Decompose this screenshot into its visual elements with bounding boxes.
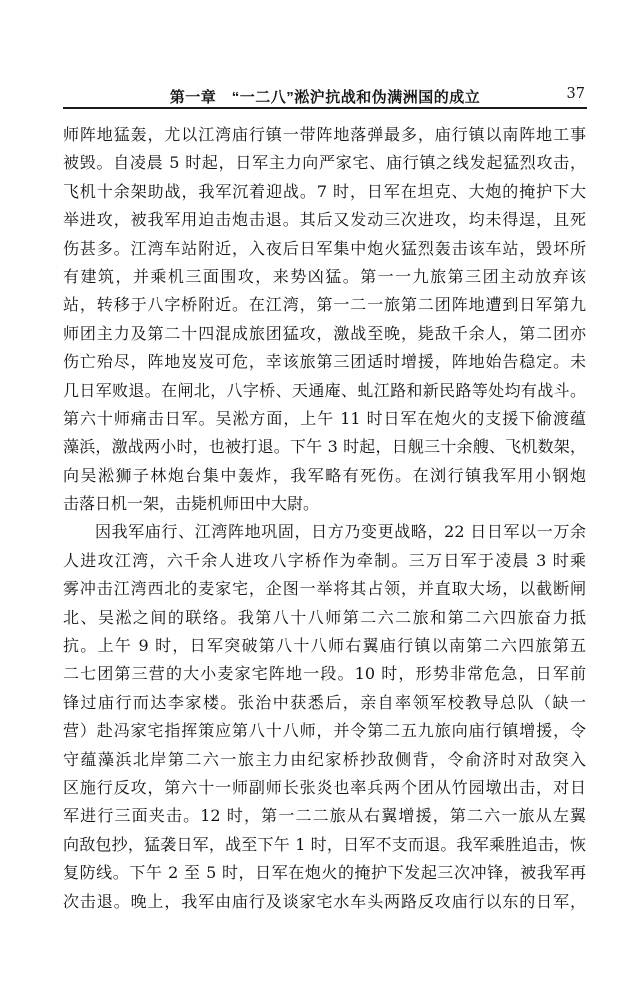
paragraph-2: 因我军庙行、江湾阵地巩固，日方乃变更战略，22 日日军以一万余 人进攻江湾，六千…	[63, 518, 586, 915]
text-line: 第六十师痛击日军。吴淞方面，上午 11 时日军在炮火的支援下偷渡蕴	[63, 405, 586, 433]
text-line: 军进行三面夹击。12 时，第一二二旅从右翼增援，第二六一旅从左翼	[63, 802, 586, 830]
header-divider	[63, 107, 587, 109]
text-line: 伤甚多。江湾车站附近，入夜后日军集中炮火猛烈轰击该车站，毁坏所	[63, 235, 586, 263]
text-line: 次击退。晚上，我军由庙行及谈家宅水车头两路反攻庙行以东的日军，	[63, 888, 586, 916]
text-line: 北、吴淞之间的联络。我第八十八师第二六二旅和第二六四旅奋力抵	[63, 604, 586, 632]
page-header: 第一章 “一二八”淞沪抗战和伪满洲国的成立 37	[63, 86, 587, 106]
text-line: 营）赴冯家宅指挥策应第八十八师，并令第二五九旅向庙行镇增援，令	[63, 717, 586, 745]
text-line: 复防线。下午 2 至 5 时，日军在炮火的掩护下发起三次冲锋，被我军再	[63, 859, 586, 887]
text-line: 人进攻江湾，六千余人进攻八字桥作为牵制。三万日军于凌晨 3 时乘	[63, 547, 586, 575]
text-line: 站，转移于八字桥附近。在江湾，第一二一旅第二团阵地遭到日军第九	[63, 291, 586, 319]
text-line: 雾冲击江湾西北的麦家宅，企图一举将其占领，并直取大场，以截断闸	[63, 575, 586, 603]
text-line: 锋过庙行而达李家楼。张治中获悉后，亲自率领军校教导总队（缺一	[63, 689, 586, 717]
text-line: 守蕴藻浜北岸第二六一旅主力由纪家桥抄敌侧背，令俞济时对敌突入	[63, 746, 586, 774]
text-line: 向吴淞狮子林炮台集中轰炸，我军略有死伤。在浏行镇我军用小钢炮	[63, 462, 586, 490]
text-line: 二七团第三营的大小麦家宅阵地一段。10 时，形势非常危急，日军前	[63, 660, 586, 688]
text-line: 被毁。自凌晨 5 时起，日军主力向严家宅、庙行镇之线发起猛烈攻击，	[63, 149, 586, 177]
body-text: 师阵地猛轰，尤以江湾庙行镇一带阵地落弹最多，庙行镇以南阵地工事 被毁。自凌晨 5…	[63, 121, 586, 916]
text-line: 举进攻，被我军用迫击炮击退。其后又发动三次进攻，均未得逞，且死	[63, 206, 586, 234]
text-line: 伤亡殆尽，阵地岌岌可危，幸该旅第三团适时增援，阵地始告稳定。未	[63, 348, 586, 376]
text-line: 击落日机一架，击毙机师田中大尉。	[63, 490, 586, 518]
text-line: 因我军庙行、江湾阵地巩固，日方乃变更战略，22 日日军以一万余	[63, 518, 586, 546]
text-line: 师团主力及第二十四混成旅团猛攻，激战至晚，毙敌千余人，第二团亦	[63, 320, 586, 348]
text-line: 向敌包抄，猛袭日军，战至下午 1 时，日军不支而退。我军乘胜追击，恢	[63, 831, 586, 859]
text-line: 几日军败退。在闸北，八字桥、天通庵、虬江路和新民路等处均有战斗。	[63, 377, 586, 405]
paragraph-1: 师阵地猛轰，尤以江湾庙行镇一带阵地落弹最多，庙行镇以南阵地工事 被毁。自凌晨 5…	[63, 121, 586, 518]
text-line: 飞机十余架助战，我军沉着迎战。7 时，日军在坦克、大炮的掩护下大	[63, 178, 586, 206]
text-line: 抗。上午 9 时，日军突破第八十八师右翼庙行镇以南第二六四旅第五	[63, 632, 586, 660]
text-line: 有建筑，并乘机三面围攻，来势凶猛。第一一九旅第三团主动放弃该	[63, 263, 586, 291]
text-line: 区施行反攻，第六十一师副师长张炎也率兵两个团从竹园墩出击，对日	[63, 774, 586, 802]
book-page: 第一章 “一二八”淞沪抗战和伪满洲国的成立 37 师阵地猛轰，尤以江湾庙行镇一带…	[0, 0, 644, 1000]
text-line: 师阵地猛轰，尤以江湾庙行镇一带阵地落弹最多，庙行镇以南阵地工事	[63, 121, 586, 149]
page-number: 37	[567, 86, 585, 102]
text-line: 藻浜，激战两小时，也被打退。下午 3 时起，日舰三十余艘、飞机数架，	[63, 433, 586, 461]
chapter-title: 第一章 “一二八”淞沪抗战和伪满洲国的成立	[63, 86, 587, 107]
